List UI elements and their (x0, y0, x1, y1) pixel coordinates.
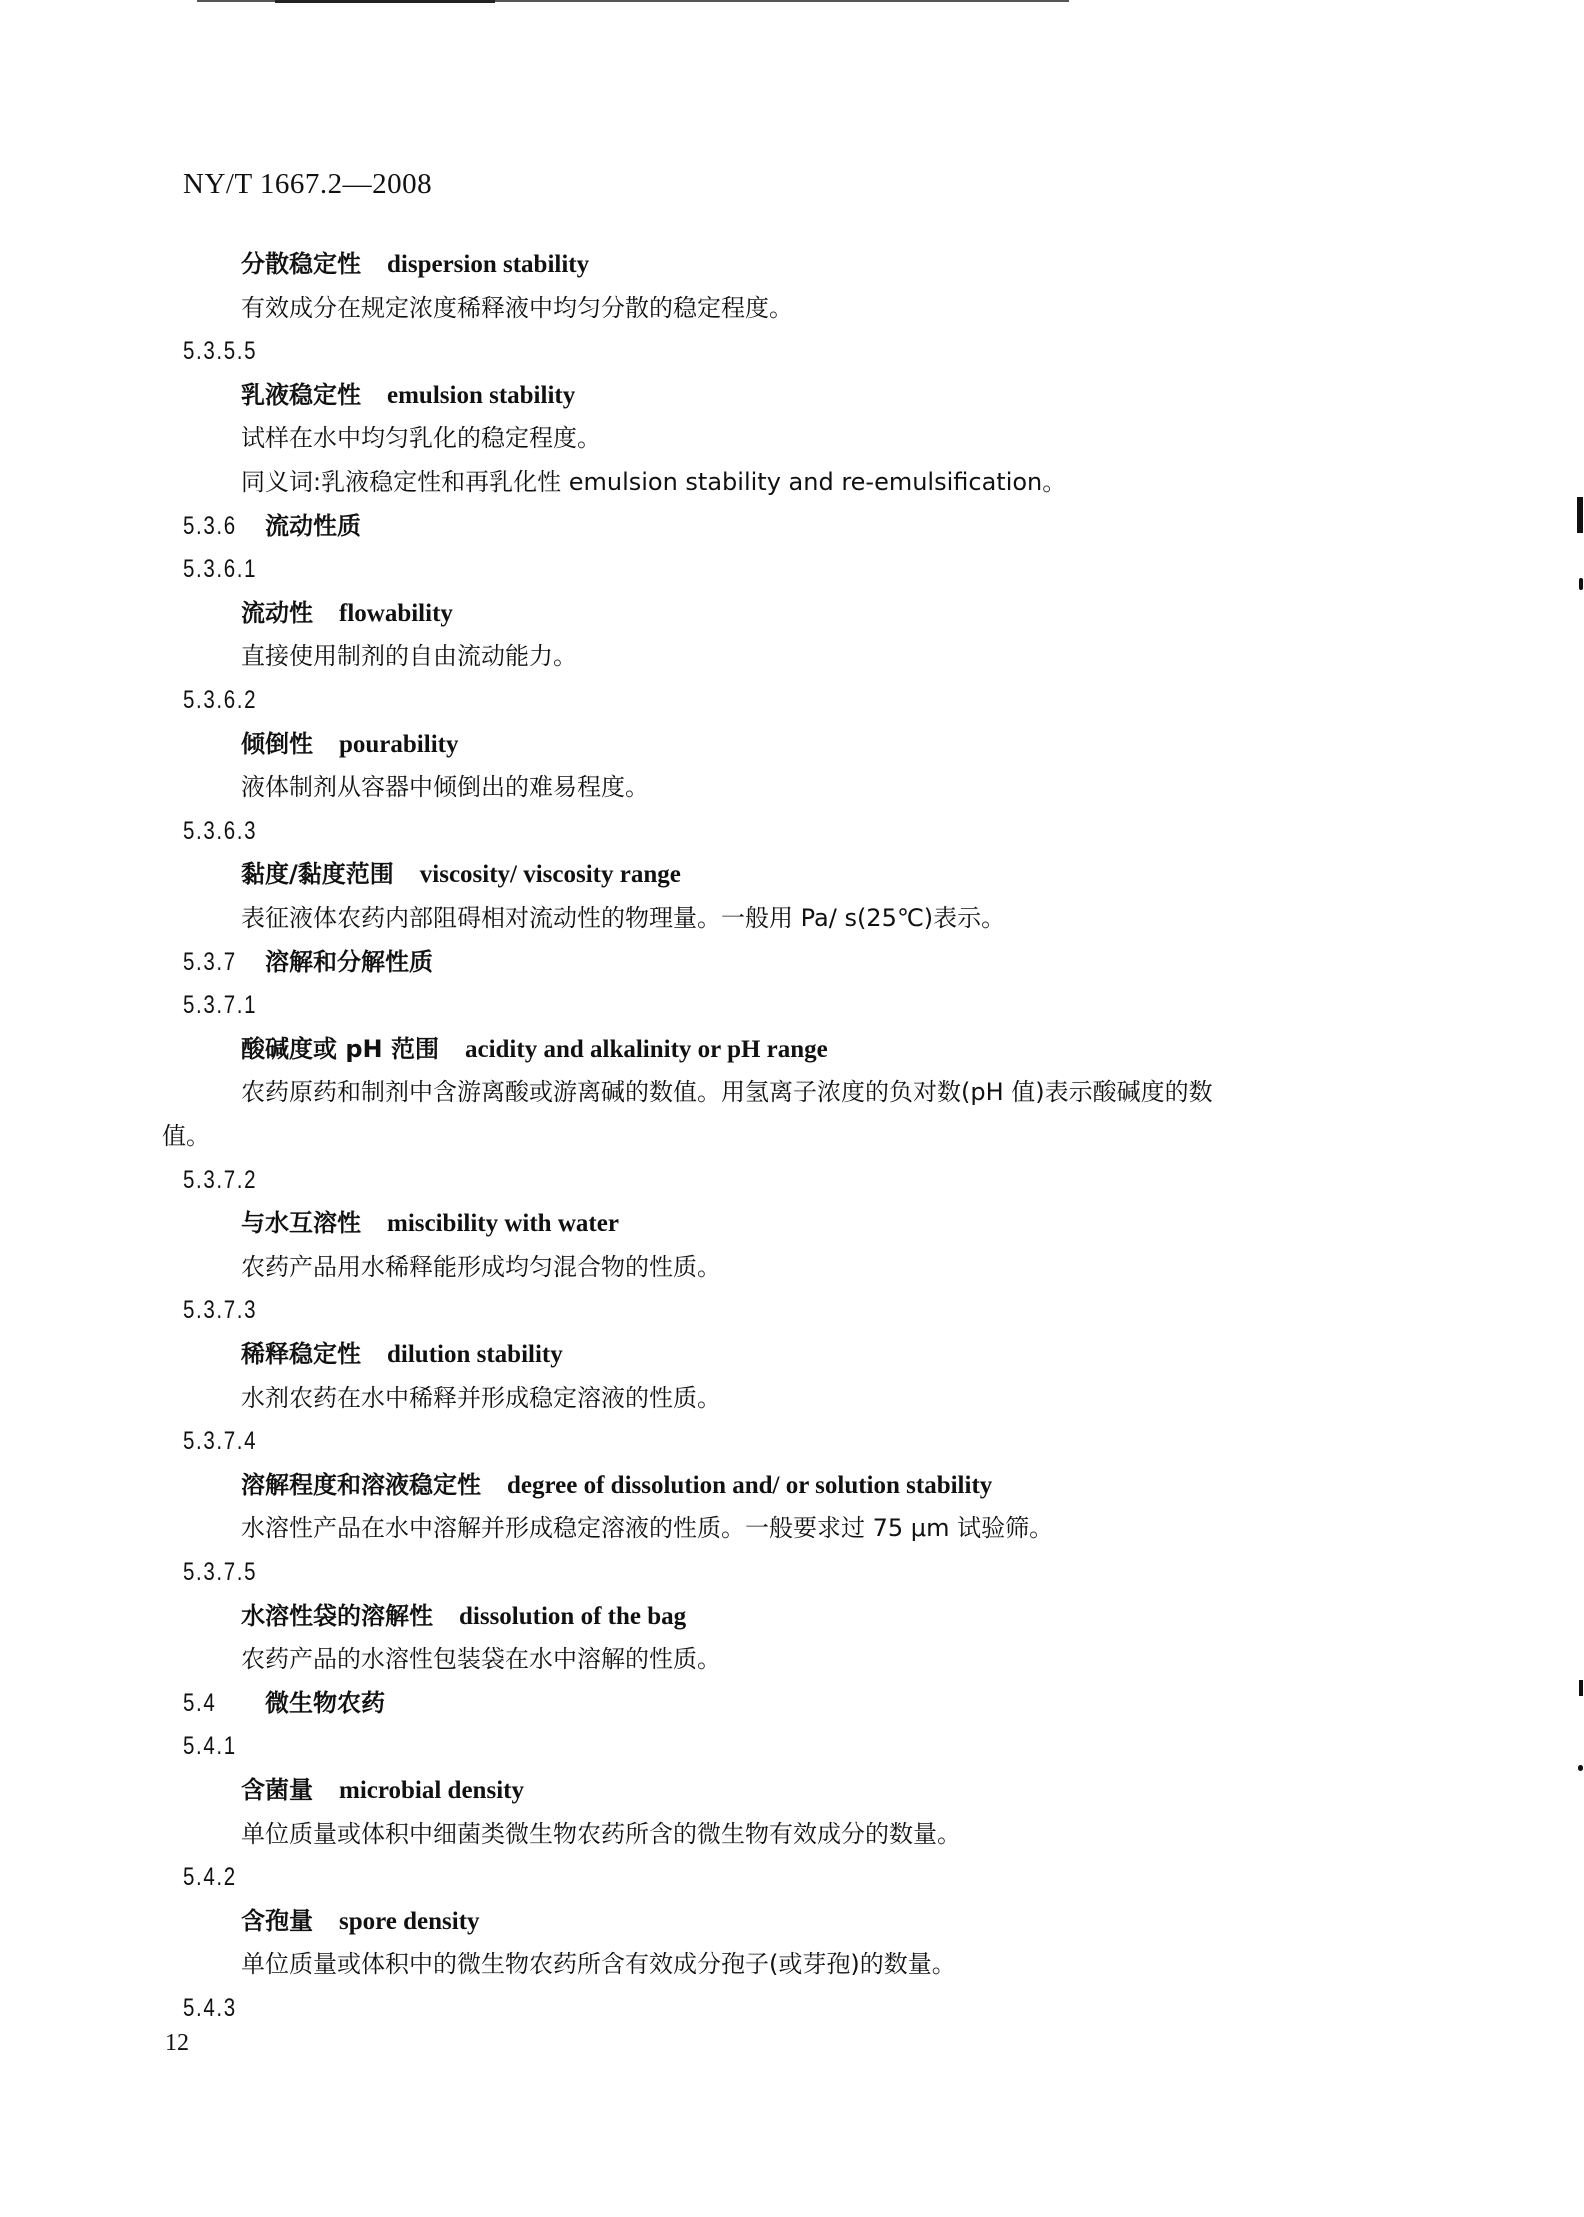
term-english: flowability (339, 600, 453, 627)
clause-number: 5.3.5.5 (183, 335, 257, 367)
term-entry: 稀释稳定性dilution stability (241, 1338, 563, 1371)
scan-edge-mark (1578, 1765, 1583, 1771)
term-entry: 黏度/黏度范围viscosity/ viscosity range (241, 858, 681, 891)
scan-edge-mark (1577, 497, 1583, 533)
term-entry: 溶解程度和溶液稳定性degree of dissolution and/ or … (241, 1469, 992, 1502)
document-page: NY/T 1667.2—2008 分散稳定性dispersion stabili… (0, 0, 1584, 2217)
definition-text: 农药产品用水稀释能形成均匀混合物的性质。 (241, 1251, 721, 1283)
definition-text: 水溶性产品在水中溶解并形成稳定溶液的性质。一般要求过 75 μm 试验筛。 (241, 1512, 1053, 1544)
term-entry: 含菌量microbial density (241, 1774, 524, 1807)
term-english: viscosity/ viscosity range (420, 861, 681, 888)
term-entry: 含孢量spore density (241, 1905, 480, 1938)
definition-text: 表征液体农药内部阻碍相对流动性的物理量。一般用 Pa/ s(25℃)表示。 (241, 902, 1005, 934)
top-rule-accent (275, 0, 495, 3)
section-number: 5.4 (183, 1687, 235, 1719)
section-title: 流动性质 (265, 512, 361, 540)
scan-edge-mark (1579, 1680, 1583, 1696)
clause-number: 5.3.6.3 (183, 815, 257, 847)
definition-text: 试样在水中均匀乳化的稳定程度。 (241, 422, 601, 454)
definition-text: 单位质量或体积中细菌类微生物农药所含的微生物有效成分的数量。 (241, 1818, 961, 1850)
clause-number: 5.4.3 (183, 1992, 237, 2024)
term-english: degree of dissolution and/ or solution s… (507, 1472, 992, 1499)
term-chinese: 倾倒性 (241, 730, 313, 758)
section-number: 5.3.7 (183, 946, 235, 978)
term-entry: 与水互溶性miscibility with water (241, 1207, 619, 1240)
term-entry: 水溶性袋的溶解性dissolution of the bag (241, 1600, 686, 1633)
term-chinese: 酸碱度或 pH 范围 (241, 1035, 439, 1063)
section-number: 5.3.6 (183, 510, 235, 542)
definition-text: 同义词:乳液稳定性和再乳化性 emulsion stability and re… (241, 466, 1066, 498)
section-title: 溶解和分解性质 (265, 948, 433, 976)
term-chinese: 含菌量 (241, 1776, 313, 1804)
clause-number: 5.3.7.3 (183, 1294, 257, 1326)
definition-text: 有效成分在规定浓度稀释液中均匀分散的稳定程度。 (241, 292, 793, 324)
definition-text: 水剂农药在水中稀释并形成稳定溶液的性质。 (241, 1382, 721, 1414)
term-entry: 分散稳定性dispersion stability (241, 248, 589, 281)
definition-text: 农药产品的水溶性包装袋在水中溶解的性质。 (241, 1643, 721, 1675)
term-english: acidity and alkalinity or pH range (465, 1036, 828, 1063)
clause-number: 5.3.7.5 (183, 1556, 257, 1588)
clause-number: 5.4.2 (183, 1861, 237, 1893)
clause-number: 5.4.1 (183, 1730, 237, 1762)
term-english: spore density (339, 1908, 480, 1935)
term-chinese: 流动性 (241, 599, 313, 627)
clause-number: 5.3.7.2 (183, 1164, 257, 1196)
clause-number: 5.3.6.1 (183, 553, 257, 585)
term-english: microbial density (339, 1777, 524, 1804)
term-chinese: 含孢量 (241, 1907, 313, 1935)
term-english: pourability (339, 731, 458, 758)
definition-continuation: 值。 (162, 1120, 210, 1152)
scan-edge-mark (1579, 578, 1583, 590)
term-chinese: 黏度/黏度范围 (241, 860, 394, 888)
term-entry: 倾倒性pourability (241, 728, 458, 761)
definition-text: 单位质量或体积中的微生物农药所含有效成分孢子(或芽孢)的数量。 (241, 1948, 956, 1980)
term-english: dilution stability (387, 1341, 563, 1368)
term-english: dispersion stability (387, 251, 589, 278)
term-entry: 乳液稳定性emulsion stability (241, 379, 575, 412)
term-chinese: 水溶性袋的溶解性 (241, 1602, 433, 1630)
term-english: miscibility with water (387, 1210, 619, 1237)
clause-number: 5.3.7.1 (183, 989, 257, 1021)
clause-number: 5.3.7.4 (183, 1425, 257, 1457)
definition-text: 液体制剂从容器中倾倒出的难易程度。 (241, 771, 649, 803)
term-chinese: 乳液稳定性 (241, 381, 361, 409)
term-english: emulsion stability (387, 382, 575, 409)
section-title: 微生物农药 (265, 1689, 385, 1717)
term-english: dissolution of the bag (459, 1603, 686, 1630)
section-heading: 5.3.7溶解和分解性质 (183, 946, 433, 978)
section-heading: 5.4微生物农药 (183, 1687, 385, 1719)
term-chinese: 稀释稳定性 (241, 1340, 361, 1368)
section-heading: 5.3.6流动性质 (183, 510, 361, 542)
standard-code-header: NY/T 1667.2—2008 (183, 168, 432, 201)
term-chinese: 溶解程度和溶液稳定性 (241, 1471, 481, 1499)
definition-text: 直接使用制剂的自由流动能力。 (241, 640, 577, 672)
term-entry: 酸碱度或 pH 范围acidity and alkalinity or pH r… (241, 1033, 828, 1066)
page-number: 12 (165, 2030, 189, 2057)
term-entry: 流动性flowability (241, 597, 453, 630)
definition-text: 农药原药和制剂中含游离酸或游离碱的数值。用氢离子浓度的负对数(pH 值)表示酸碱… (241, 1076, 1213, 1108)
term-chinese: 与水互溶性 (241, 1209, 361, 1237)
term-chinese: 分散稳定性 (241, 250, 361, 278)
clause-number: 5.3.6.2 (183, 684, 257, 716)
